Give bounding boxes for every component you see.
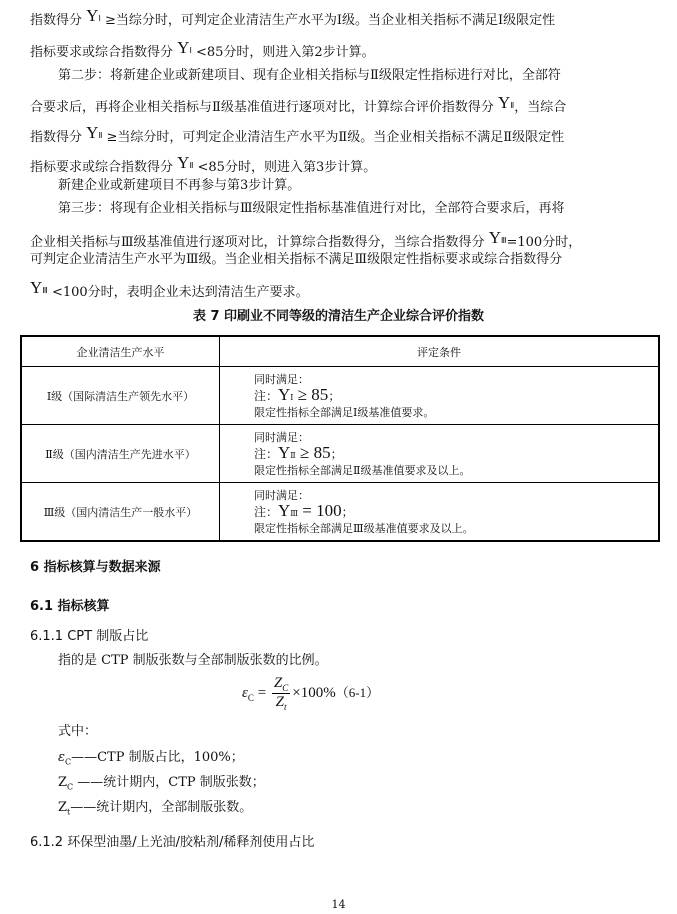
paragraph-line: 指数得分 YⅠ ≥当综分时，可判定企业清洁生产水平为Ⅰ级。当企业相关指标不满足Ⅰ… — [30, 8, 555, 29]
table-caption: 表 7 印刷业不同等级的清洁生产企业综合评价指数 — [0, 305, 677, 324]
paragraph-line: 指标要求或综合指数得分 YⅠ <85分时，则进入第2步计算。 — [30, 40, 375, 61]
table-header-row: 企业清洁生产水平 评定条件 — [21, 336, 659, 367]
paragraph-line: 第二步：将新建企业或新建项目、现有企业相关指标与Ⅱ级限定性指标进行对比，全部符 — [58, 68, 561, 84]
text: ≥当综分时，可判定企业清洁生产水平为Ⅰ级。当企业相关指标不满足Ⅰ级限定性 — [105, 13, 555, 28]
paragraph-line: 指数得分 YⅡ ≥当综分时，可判定企业清洁生产水平为Ⅱ级。当企业相关指标不满足Ⅱ… — [30, 125, 564, 146]
paragraph-line: 可判定企业清洁生产水平为Ⅲ级。当企业相关指标不满足Ⅲ级限定性指标要求或综合指数得… — [30, 252, 562, 268]
paragraph-line: 指标要求或综合指数得分 YⅡ <85分时，则进入第3步计算。 — [30, 155, 376, 176]
text: <85分时，则进入第3步计算。 — [198, 160, 377, 175]
fraction: ZC Zt — [272, 675, 290, 712]
where-label: 式中： — [58, 724, 97, 740]
table-row: Ⅲ级（国内清洁生产一般水平） 同时满足： 注：YⅢ = 100； 限定性指标全部… — [21, 483, 659, 542]
section-heading: 6 指标核算与数据来源 — [30, 560, 161, 576]
condition-cell: 同时满足： 注：YⅠ ≥ 85； 限定性指标全部满足Ⅰ级基准值要求。 — [220, 367, 660, 425]
definition-line: ZC ——统计期内，CTP 制版张数； — [58, 775, 265, 796]
text: 企业相关指标与Ⅲ级基准值进行逐项对比，计算综合指数得分，当综合指数得分 — [30, 235, 485, 250]
condition-cell: 同时满足： 注：YⅢ = 100； 限定性指标全部满足Ⅲ级基准值要求及以上。 — [220, 483, 660, 542]
paragraph-line: 企业相关指标与Ⅲ级基准值进行逐项对比，计算综合指数得分，当综合指数得分 YⅢ=1… — [30, 230, 581, 251]
paragraph-line: YⅢ <100分时，表明企业未达到清洁生产要求。 — [30, 280, 309, 301]
condition-cell: 同时满足： 注：YⅡ ≥ 85； 限定性指标全部满足Ⅱ级基准值要求及以上。 — [220, 425, 660, 483]
condition-text: 限定性指标全部满足Ⅰ级基准值要求。 — [254, 405, 658, 420]
section-heading: 6.1 指标核算 — [30, 599, 110, 615]
text: ，当综合 — [514, 100, 566, 115]
symbol-y: YⅢ — [489, 228, 507, 247]
symbol-y: YⅢ — [30, 278, 48, 297]
text: 指数得分 — [30, 130, 82, 145]
evaluation-table: 企业清洁生产水平 评定条件 Ⅰ级（国际清洁生产领先水平） 同时满足： 注：YⅠ … — [20, 335, 660, 542]
paragraph-line: 第三步：将现有企业相关指标与Ⅲ级限定性指标基准值进行对比，全部符合要求后，再将 — [58, 201, 565, 217]
condition-text: 限定性指标全部满足Ⅲ级基准值要求及以上。 — [254, 521, 658, 536]
table-row: Ⅰ级（国际清洁生产领先水平） 同时满足： 注：YⅠ ≥ 85； 限定性指标全部满… — [21, 367, 659, 425]
level-cell: Ⅰ级（国际清洁生产领先水平） — [21, 367, 220, 425]
condition-formula: 注：YⅠ ≥ 85； — [254, 387, 658, 405]
symbol-y: YⅡ — [86, 123, 102, 142]
section-heading: 6.1.2 环保型油墨/上光油/胶粘剂/稀释剂使用占比 — [30, 835, 314, 851]
level-cell: Ⅱ级（国内清洁生产先进水平） — [21, 425, 220, 483]
definition-line: Zt——统计期内，全部制版张数。 — [58, 800, 252, 821]
text: =100分时， — [506, 235, 581, 250]
text: ≥当综分时，可判定企业清洁生产水平为Ⅱ级。当企业相关指标不满足Ⅱ级限定性 — [107, 130, 565, 145]
text: 指数得分 — [30, 13, 82, 28]
text: <100分时，表明企业未达到清洁生产要求。 — [52, 285, 309, 300]
text: 指标要求或综合指数得分 — [30, 45, 173, 60]
paragraph-line: 指的是 CTP 制版张数与全部制版张数的比例。 — [58, 653, 328, 669]
level-cell: Ⅲ级（国内清洁生产一般水平） — [21, 483, 220, 542]
paragraph-line: 合要求后，再将企业相关指标与Ⅱ级基准值进行逐项对比，计算综合评价指数得分 YⅡ，… — [30, 95, 566, 116]
paragraph-line: 新建企业或新建项目不再参与第3步计算。 — [58, 178, 300, 194]
symbol-y: YⅠ — [177, 38, 192, 57]
symbol-y: YⅡ — [177, 153, 193, 172]
condition-formula: 注：YⅡ ≥ 85； — [254, 445, 658, 463]
column-header: 企业清洁生产水平 — [21, 336, 220, 367]
page-number: 14 — [0, 898, 677, 911]
definition-line: εC——CTP 制版占比，100%； — [58, 750, 244, 771]
text: 合要求后，再将企业相关指标与Ⅱ级基准值进行逐项对比，计算综合评价指数得分 — [30, 100, 494, 115]
formula-6-1: εC = ZC Zt ×100%（6-1） — [242, 675, 379, 712]
text: 指标要求或综合指数得分 — [30, 160, 173, 175]
text: <85分时，则进入第2步计算。 — [196, 45, 375, 60]
symbol-y: YⅡ — [498, 93, 514, 112]
condition-formula: 注：YⅢ = 100； — [254, 503, 658, 521]
table-row: Ⅱ级（国内清洁生产先进水平） 同时满足： 注：YⅡ ≥ 85； 限定性指标全部满… — [21, 425, 659, 483]
section-heading: 6.1.1 CPT 制版占比 — [30, 629, 148, 645]
symbol-y: YⅠ — [86, 6, 101, 25]
column-header: 评定条件 — [220, 336, 660, 367]
condition-text: 限定性指标全部满足Ⅱ级基准值要求及以上。 — [254, 463, 658, 478]
